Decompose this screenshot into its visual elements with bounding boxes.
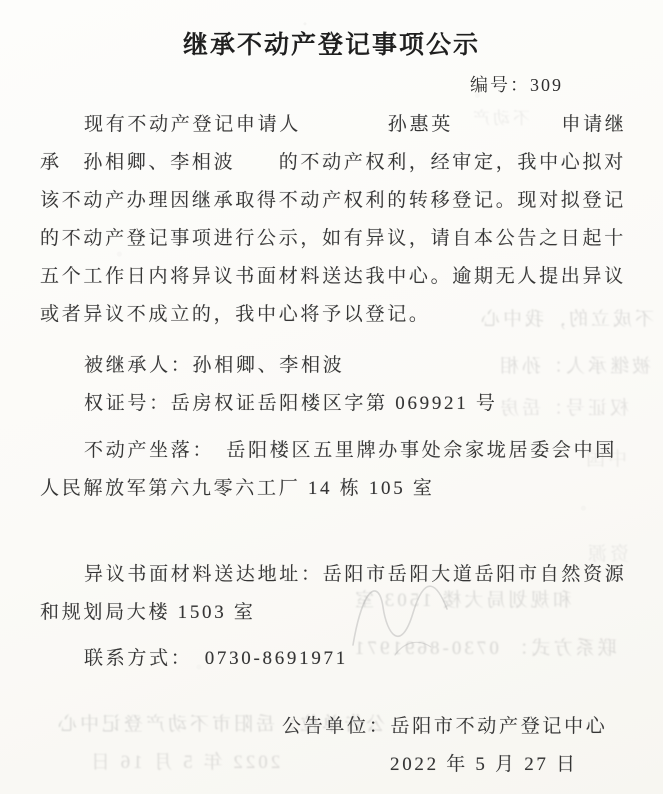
paragraph-line: 现有不动产登记申请人 孙惠英 申请继: [40, 106, 635, 144]
heir-line: 被继承人：孙相卿、李相波: [40, 347, 635, 385]
paragraph-line: 五个工作日内将异议书面材料送达我中心。逾期无人提出异议: [40, 258, 635, 296]
objection-address-line: 异议书面材料送达地址：岳阳市岳阳大道岳阳市自然资源: [40, 556, 635, 594]
doc-title: 继承不动产登记事项公示: [0, 26, 663, 64]
date-line: 2022 年 5 月 27 日: [40, 746, 635, 784]
doc-number: 编号：309: [0, 72, 663, 98]
scanned-notice-page: 继承不动产登记事项公示 编号：309 现有不动产登记申请人 孙惠英 申请继 承 …: [0, 0, 663, 794]
paragraph-line: 的不动产登记事项进行公示，如有异议，请自本公告之日起十: [40, 220, 635, 258]
paragraph-line: 承 孙相卿、李相波 的不动产权利，经审定，我中心拟对: [40, 144, 635, 182]
property-location-line: 不动产坐落： 岳阳楼区五里牌办事处佘家垅居委会中国: [40, 432, 635, 470]
contact-line: 联系方式： 0730-8691971: [40, 640, 635, 678]
paragraph-line: 该不动产办理因继承取得不动产权利的转移登记。现对拟登记: [40, 182, 635, 220]
paragraph-line: 或者异议不成立的，我中心将予以登记。: [40, 296, 635, 334]
doc-body: 现有不动产登记申请人 孙惠英 申请继 承 孙相卿、李相波 的不动产权利，经审定，…: [40, 106, 635, 784]
objection-address-line: 和规划局大楼 1503 室: [40, 594, 635, 632]
property-location-line: 人民解放军第六九零六工厂 14 栋 105 室: [40, 470, 635, 508]
cert-number-line: 权证号：岳房权证岳阳楼区字第 069921 号: [40, 385, 635, 423]
issuer-line: 公告单位：岳阳市不动产登记中心: [40, 708, 635, 746]
